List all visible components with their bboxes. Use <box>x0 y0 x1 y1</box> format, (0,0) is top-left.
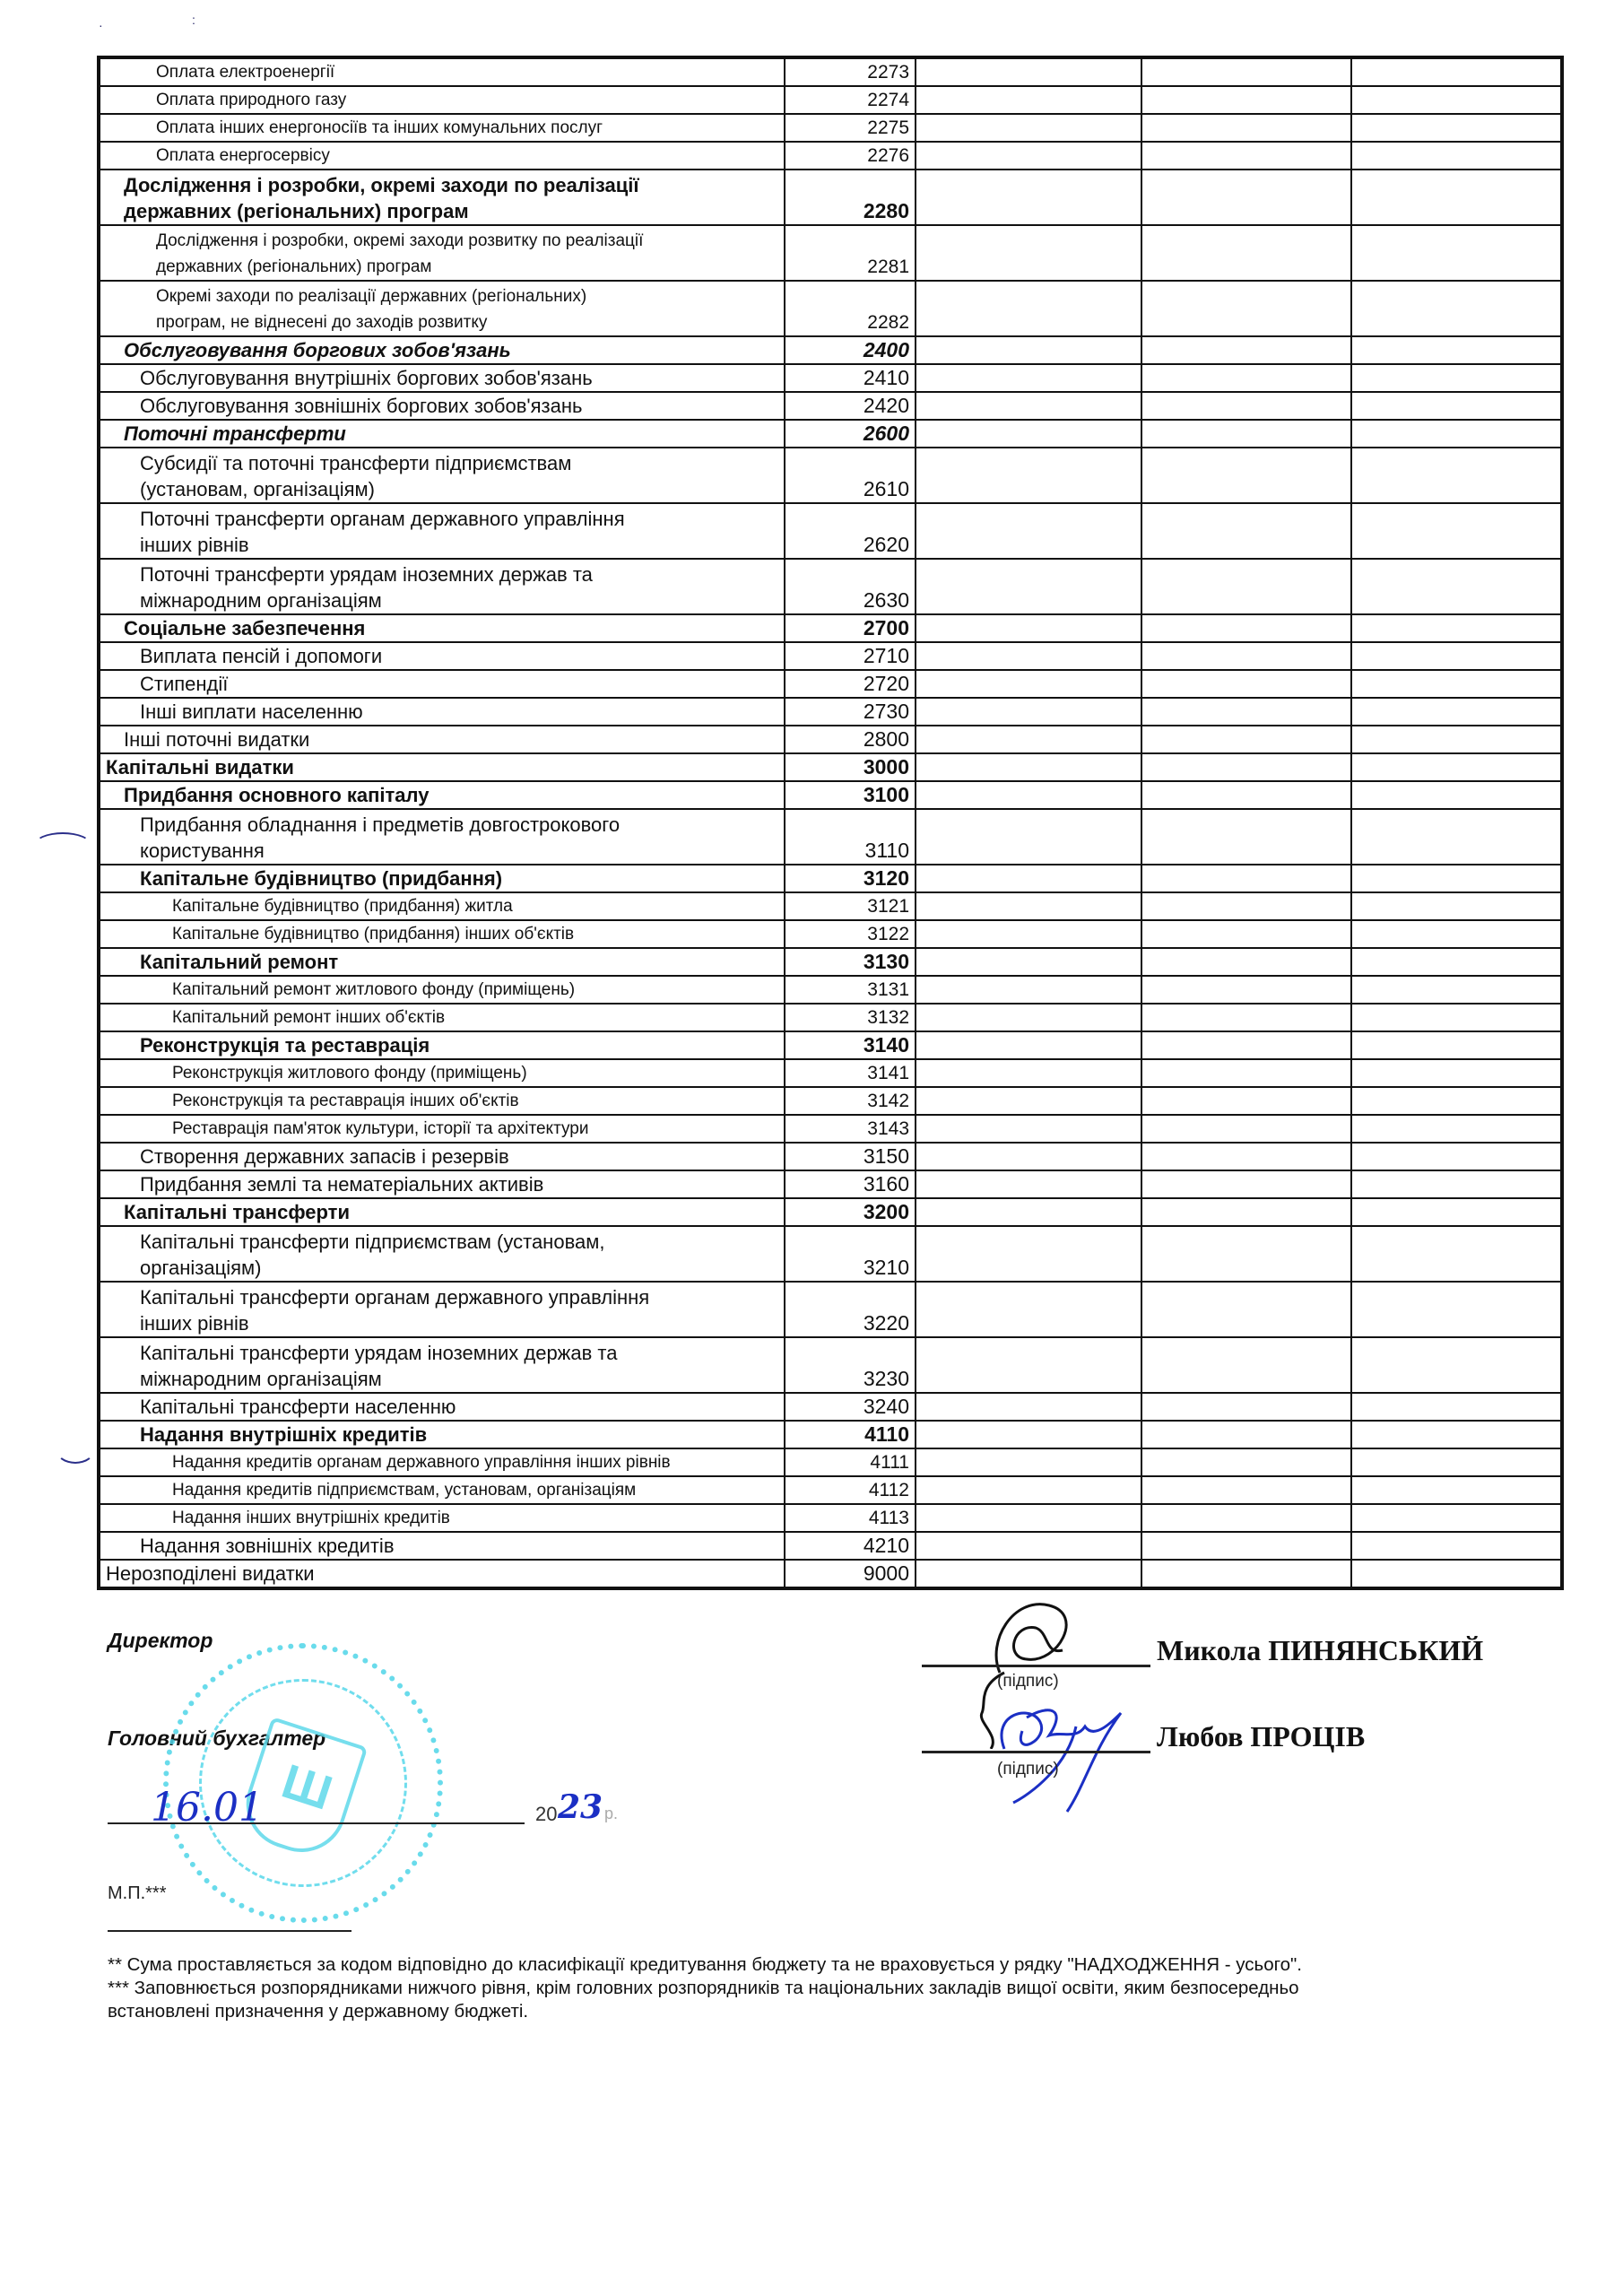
table-row: Капітальні видатки3000 <box>99 753 1562 781</box>
row-label: Капітальні трансферти підприємствам (уст… <box>99 1226 785 1282</box>
amount-cell <box>1141 976 1351 1004</box>
amount-cell <box>916 448 1141 503</box>
table-row: Капітальне будівництво (придбання) житла… <box>99 892 1562 920</box>
table-row: Стипендії2720 <box>99 670 1562 698</box>
amount-cell <box>916 1560 1141 1588</box>
amount-cell <box>1351 559 1562 614</box>
amount-cell <box>1141 753 1351 781</box>
row-code: 4113 <box>785 1504 916 1532</box>
table-row: Обслуговування зовнішніх боргових зобов'… <box>99 392 1562 420</box>
table-row: Субсидії та поточні трансферти підприємс… <box>99 448 1562 503</box>
row-code: 3131 <box>785 976 916 1004</box>
table-row: Обслуговування внутрішніх боргових зобов… <box>99 364 1562 392</box>
row-code: 3110 <box>785 809 916 865</box>
amount-cell <box>916 892 1141 920</box>
amount-cell <box>916 948 1141 976</box>
table-row: Дослідження і розробки, окремі заходи ро… <box>99 225 1562 281</box>
amount-cell <box>1351 726 1562 753</box>
amount-cell <box>916 114 1141 142</box>
row-label-line: Капітальні видатки <box>106 754 780 780</box>
row-code: 3200 <box>785 1198 916 1226</box>
amount-cell <box>1351 57 1562 86</box>
amount-cell <box>1351 1226 1562 1282</box>
row-label: Оплата інших енергоносіїв та інших комун… <box>99 114 785 142</box>
amount-cell <box>1141 1476 1351 1504</box>
amount-cell <box>1141 1004 1351 1031</box>
row-code: 3141 <box>785 1059 916 1087</box>
amount-cell <box>916 1393 1141 1421</box>
row-label: Реконструкція та реставрація інших об'єк… <box>99 1087 785 1115</box>
amount-cell <box>1351 1143 1562 1170</box>
row-label: Капітальні трансферти населенню <box>99 1393 785 1421</box>
amount-cell <box>1141 726 1351 753</box>
row-label-line: Реставрація пам'яток культури, історії т… <box>172 1116 780 1142</box>
amount-cell <box>916 1004 1141 1031</box>
row-code: 2700 <box>785 614 916 642</box>
amount-cell <box>1351 225 1562 281</box>
amount-cell <box>1351 86 1562 114</box>
row-label-line: Придбання обладнання і предметів довгост… <box>140 812 780 838</box>
amount-cell <box>1351 920 1562 948</box>
amount-cell <box>916 1337 1141 1393</box>
row-label-line: користування <box>140 838 780 864</box>
amount-cell <box>1351 142 1562 170</box>
row-label: Оплата енергосервісу <box>99 142 785 170</box>
scan-speck: : <box>192 13 195 27</box>
amount-cell <box>1351 948 1562 976</box>
amount-cell <box>1351 865 1562 892</box>
row-label-line: Поточні трансферти урядам іноземних держ… <box>140 561 780 587</box>
row-label: Капітальне будівництво (придбання) житла <box>99 892 785 920</box>
table-row: Поточні трансферти органам державного уп… <box>99 503 1562 559</box>
row-code: 3220 <box>785 1282 916 1337</box>
amount-cell <box>916 1115 1141 1143</box>
amount-cell <box>1351 1282 1562 1337</box>
amount-cell <box>916 1087 1141 1115</box>
amount-cell <box>1141 1059 1351 1087</box>
row-label-line: Створення державних запасів і резервів <box>140 1144 780 1170</box>
stamp-place-label: М.П.*** <box>108 1883 167 1904</box>
director-label: Директор <box>108 1629 213 1653</box>
row-label-line: державних (регіональних) програм <box>124 198 780 224</box>
row-label-line: Поточні трансферти <box>124 421 780 447</box>
amount-cell <box>916 1421 1141 1448</box>
row-label: Придбання основного капіталу <box>99 781 785 809</box>
amount-cell <box>1351 642 1562 670</box>
row-code: 2410 <box>785 364 916 392</box>
amount-cell <box>1141 948 1351 976</box>
footnote-2: *** Заповнюється розпорядниками нижчого … <box>108 1977 1299 2000</box>
row-label-line: Надання кредитів органам державного упра… <box>172 1449 780 1475</box>
row-code: 3122 <box>785 920 916 948</box>
amount-cell <box>1141 1504 1351 1532</box>
amount-cell <box>916 809 1141 865</box>
row-label-line: Надання внутрішніх кредитів <box>140 1422 780 1448</box>
amount-cell <box>1141 1421 1351 1448</box>
amount-cell <box>1351 114 1562 142</box>
amount-cell <box>1141 503 1351 559</box>
table-row: Поточні трансферти2600 <box>99 420 1562 448</box>
row-label-line: інших рівнів <box>140 532 780 558</box>
amount-cell <box>1141 281 1351 336</box>
row-label-line: Реконструкція житлового фонду (приміщень… <box>172 1060 780 1086</box>
amount-cell <box>916 1532 1141 1560</box>
row-label-line: Капітальний ремонт <box>140 949 780 975</box>
amount-cell <box>1141 420 1351 448</box>
amount-cell <box>1351 1198 1562 1226</box>
row-code: 3121 <box>785 892 916 920</box>
row-code: 3240 <box>785 1393 916 1421</box>
row-label-line: Субсидії та поточні трансферти підприємс… <box>140 450 780 476</box>
amount-cell <box>1351 281 1562 336</box>
year-prefix: 20 <box>535 1803 557 1826</box>
row-label: Нерозподілені видатки <box>99 1560 785 1588</box>
row-label: Придбання землі та нематеріальних активі… <box>99 1170 785 1198</box>
row-code: 2275 <box>785 114 916 142</box>
row-label: Надання інших внутрішніх кредитів <box>99 1504 785 1532</box>
row-label: Капітальні трансферти <box>99 1198 785 1226</box>
row-label-line: Нерозподілені видатки <box>106 1561 780 1587</box>
amount-cell <box>1141 642 1351 670</box>
amount-cell <box>1141 364 1351 392</box>
row-label: Виплата пенсій і допомоги <box>99 642 785 670</box>
table-row: Надання зовнішніх кредитів4210 <box>99 1532 1562 1560</box>
amount-cell <box>916 336 1141 364</box>
amount-cell <box>1351 170 1562 225</box>
row-label-line: Капітальне будівництво (придбання) <box>140 865 780 891</box>
amount-cell <box>916 1282 1141 1337</box>
row-code: 2710 <box>785 642 916 670</box>
director-signature-line <box>922 1665 1150 1667</box>
row-label-line: Інші поточні видатки <box>124 726 780 752</box>
official-stamp: Ш <box>163 1643 443 1923</box>
row-code: 2600 <box>785 420 916 448</box>
amount-cell <box>1351 503 1562 559</box>
table-row: Окремі заходи по реалізації державних (р… <box>99 281 1562 336</box>
amount-cell <box>1351 1421 1562 1448</box>
amount-cell <box>1141 1560 1351 1588</box>
amount-cell <box>1141 1337 1351 1393</box>
amount-cell <box>1141 392 1351 420</box>
amount-cell <box>916 86 1141 114</box>
row-label-line: Надання інших внутрішніх кредитів <box>172 1505 780 1531</box>
amount-cell <box>1351 809 1562 865</box>
row-code: 2282 <box>785 281 916 336</box>
amount-cell <box>1141 225 1351 281</box>
amount-cell <box>916 726 1141 753</box>
amount-cell <box>1141 1143 1351 1170</box>
row-label: Дослідження і розробки, окремі заходи ро… <box>99 225 785 281</box>
amount-cell <box>916 1031 1141 1059</box>
amount-cell <box>1351 781 1562 809</box>
table-row: Капітальний ремонт інших об'єктів3132 <box>99 1004 1562 1031</box>
amount-cell <box>1141 809 1351 865</box>
amount-cell <box>1351 1059 1562 1087</box>
row-label: Субсидії та поточні трансферти підприємс… <box>99 448 785 503</box>
row-label: Капітальний ремонт інших об'єктів <box>99 1004 785 1031</box>
amount-cell <box>1351 1504 1562 1532</box>
table-row: Створення державних запасів і резервів31… <box>99 1143 1562 1170</box>
row-label-line: Капітальні трансферти урядам іноземних д… <box>140 1340 780 1366</box>
row-code: 2610 <box>785 448 916 503</box>
accountant-name: Любов ПРОЦІВ <box>1157 1720 1365 1753</box>
year-suffix: р. <box>604 1805 618 1823</box>
row-code: 3143 <box>785 1115 916 1143</box>
amount-cell <box>916 865 1141 892</box>
row-label: Обслуговування зовнішніх боргових зобов'… <box>99 392 785 420</box>
row-label: Реставрація пам'яток культури, історії т… <box>99 1115 785 1143</box>
amount-cell <box>1141 448 1351 503</box>
amount-cell <box>916 1143 1141 1170</box>
row-code: 3130 <box>785 948 916 976</box>
row-label: Капітальний ремонт <box>99 948 785 976</box>
table-row: Капітальні трансферти органам державного… <box>99 1282 1562 1337</box>
amount-cell <box>1141 1226 1351 1282</box>
budget-expenditure-table: Оплата електроенергії2273Оплата природно… <box>97 56 1564 1590</box>
amount-cell <box>1141 1031 1351 1059</box>
row-label: Дослідження і розробки, окремі заходи по… <box>99 170 785 225</box>
amount-cell <box>1141 336 1351 364</box>
table-row: Оплата енергосервісу2276 <box>99 142 1562 170</box>
accountant-signature-icon <box>977 1686 1166 1821</box>
amount-cell <box>1351 420 1562 448</box>
amount-cell <box>916 753 1141 781</box>
row-code: 4112 <box>785 1476 916 1504</box>
row-code: 2273 <box>785 57 916 86</box>
scan-speck: · <box>99 18 103 32</box>
table-row: Капітальні трансферти3200 <box>99 1198 1562 1226</box>
amount-cell <box>916 1059 1141 1087</box>
amount-cell <box>916 1226 1141 1282</box>
amount-cell <box>1141 670 1351 698</box>
amount-cell <box>1351 1448 1562 1476</box>
row-label: Поточні трансферти <box>99 420 785 448</box>
row-label-line: Капітальні трансферти населенню <box>140 1394 780 1420</box>
row-label: Створення державних запасів і резервів <box>99 1143 785 1170</box>
amount-cell <box>916 364 1141 392</box>
row-label-line: Капітальне будівництво (придбання) інших… <box>172 921 780 947</box>
row-label-line: Дослідження і розробки, окремі заходи по… <box>124 172 780 198</box>
row-label-line: Поточні трансферти органам державного уп… <box>140 506 780 532</box>
row-label: Капітальне будівництво (придбання) інших… <box>99 920 785 948</box>
row-code: 3100 <box>785 781 916 809</box>
amount-cell <box>916 281 1141 336</box>
row-label: Надання кредитів органам державного упра… <box>99 1448 785 1476</box>
row-label-line: Капітальне будівництво (придбання) житла <box>172 893 780 919</box>
table-row: Придбання обладнання і предметів довгост… <box>99 809 1562 865</box>
row-label-line: Реконструкція та реставрація інших об'єк… <box>172 1088 780 1114</box>
row-label-line: Обслуговування зовнішніх боргових зобов'… <box>140 393 780 419</box>
accountant-signature-line <box>922 1751 1150 1753</box>
amount-cell <box>1351 1560 1562 1588</box>
amount-cell <box>1141 86 1351 114</box>
row-label: Надання внутрішніх кредитів <box>99 1421 785 1448</box>
row-label: Оплата електроенергії <box>99 57 785 86</box>
row-label-line: Оплата електроенергії <box>156 59 780 85</box>
amount-cell <box>1141 1115 1351 1143</box>
row-label-line: Капітальний ремонт житлового фонду (прим… <box>172 977 780 1003</box>
row-label: Капітальні трансферти органам державного… <box>99 1282 785 1337</box>
amount-cell <box>1351 1004 1562 1031</box>
row-label-line: Виплата пенсій і допомоги <box>140 643 780 669</box>
table-row: Придбання землі та нематеріальних активі… <box>99 1170 1562 1198</box>
row-label-line: Надання кредитів підприємствам, установа… <box>172 1477 780 1503</box>
margin-pen-mark <box>56 1435 95 1464</box>
row-label: Капітальне будівництво (придбання) <box>99 865 785 892</box>
row-code: 2730 <box>785 698 916 726</box>
amount-cell <box>1351 614 1562 642</box>
table-row: Надання внутрішніх кредитів4110 <box>99 1421 1562 1448</box>
table-row: Придбання основного капіталу3100 <box>99 781 1562 809</box>
amount-cell <box>1141 1448 1351 1476</box>
row-label: Надання зовнішніх кредитів <box>99 1532 785 1560</box>
row-label: Поточні трансферти урядам іноземних держ… <box>99 559 785 614</box>
row-code: 2400 <box>785 336 916 364</box>
table-row: Оплата природного газу2274 <box>99 86 1562 114</box>
amount-cell <box>1351 976 1562 1004</box>
row-label: Реконструкція та реставрація <box>99 1031 785 1059</box>
row-code: 3120 <box>785 865 916 892</box>
table-row: Поточні трансферти урядам іноземних держ… <box>99 559 1562 614</box>
row-label: Інші виплати населенню <box>99 698 785 726</box>
director-name: Микола ПИНЯНСЬКИЙ <box>1157 1634 1483 1667</box>
amount-cell <box>1141 1087 1351 1115</box>
amount-cell <box>1141 142 1351 170</box>
amount-cell <box>916 920 1141 948</box>
amount-cell <box>1351 392 1562 420</box>
table-row: Капітальні трансферти урядам іноземних д… <box>99 1337 1562 1393</box>
amount-cell <box>1351 892 1562 920</box>
row-label-line: Обслуговування боргових зобов'язань <box>124 337 780 363</box>
amount-cell <box>916 225 1141 281</box>
amount-cell <box>916 142 1141 170</box>
amount-cell <box>1351 1087 1562 1115</box>
row-label: Надання кредитів підприємствам, установа… <box>99 1476 785 1504</box>
row-label-line: міжнародним організаціям <box>140 1366 780 1392</box>
row-code: 4210 <box>785 1532 916 1560</box>
row-code: 2620 <box>785 503 916 559</box>
row-code: 4111 <box>785 1448 916 1476</box>
amount-cell <box>916 642 1141 670</box>
amount-cell <box>1141 1198 1351 1226</box>
table-row: Оплата електроенергії2273 <box>99 57 1562 86</box>
amount-cell <box>916 392 1141 420</box>
row-label: Придбання обладнання і предметів довгост… <box>99 809 785 865</box>
amount-cell <box>1351 1337 1562 1393</box>
row-label-line: Соціальне забезпечення <box>124 615 780 641</box>
footnote-3: встановлені призначення у державному бюд… <box>108 2000 528 2023</box>
amount-cell <box>1351 1532 1562 1560</box>
amount-cell <box>1351 364 1562 392</box>
table-row: Реконструкція житлового фонду (приміщень… <box>99 1059 1562 1087</box>
amount-cell <box>1351 1476 1562 1504</box>
row-label-line: Оплата інших енергоносіїв та інших комун… <box>156 115 780 141</box>
table-row: Дослідження і розробки, окремі заходи по… <box>99 170 1562 225</box>
amount-cell <box>1141 920 1351 948</box>
amount-cell <box>1141 170 1351 225</box>
table-row: Капітальний ремонт житлового фонду (прим… <box>99 976 1562 1004</box>
margin-pen-mark <box>34 832 91 857</box>
amount-cell <box>1351 1170 1562 1198</box>
table-row: Надання кредитів підприємствам, установа… <box>99 1476 1562 1504</box>
amount-cell <box>1141 1170 1351 1198</box>
table-row: Надання кредитів органам державного упра… <box>99 1448 1562 1476</box>
amount-cell <box>1141 57 1351 86</box>
amount-cell <box>1351 698 1562 726</box>
row-code: 4110 <box>785 1421 916 1448</box>
amount-cell <box>1351 448 1562 503</box>
table-row: Соціальне забезпечення2700 <box>99 614 1562 642</box>
row-label: Соціальне забезпечення <box>99 614 785 642</box>
table-row: Реставрація пам'яток культури, історії т… <box>99 1115 1562 1143</box>
row-code: 3132 <box>785 1004 916 1031</box>
table-row: Інші поточні видатки2800 <box>99 726 1562 753</box>
row-code: 3160 <box>785 1170 916 1198</box>
row-label: Капітальні трансферти урядам іноземних д… <box>99 1337 785 1393</box>
amount-cell <box>1351 670 1562 698</box>
row-code: 2281 <box>785 225 916 281</box>
amount-cell <box>1141 114 1351 142</box>
row-label-line: Надання зовнішніх кредитів <box>140 1533 780 1559</box>
amount-cell <box>916 1504 1141 1532</box>
row-label-line: Оплата енергосервісу <box>156 143 780 169</box>
table-row: Капітальне будівництво (придбання)3120 <box>99 865 1562 892</box>
row-label-line: Дослідження і розробки, окремі заходи ро… <box>156 228 780 254</box>
row-code: 2274 <box>785 86 916 114</box>
amount-cell <box>1351 753 1562 781</box>
row-code: 9000 <box>785 1560 916 1588</box>
row-label-line: Окремі заходи по реалізації державних (р… <box>156 283 780 309</box>
accountant-signature-caption: (підпис) <box>997 1760 1059 1779</box>
row-code: 2800 <box>785 726 916 753</box>
row-code: 2720 <box>785 670 916 698</box>
table-row: Капітальне будівництво (придбання) інших… <box>99 920 1562 948</box>
row-label: Поточні трансферти органам державного уп… <box>99 503 785 559</box>
row-label: Окремі заходи по реалізації державних (р… <box>99 281 785 336</box>
table-row: Інші виплати населенню2730 <box>99 698 1562 726</box>
amount-cell <box>916 614 1141 642</box>
amount-cell <box>1351 336 1562 364</box>
row-label-line: Придбання землі та нематеріальних активі… <box>140 1171 780 1197</box>
row-code: 3000 <box>785 753 916 781</box>
amount-cell <box>1141 781 1351 809</box>
row-code: 2420 <box>785 392 916 420</box>
amount-cell <box>916 170 1141 225</box>
table-row: Виплата пенсій і допомоги2710 <box>99 642 1562 670</box>
row-label: Обслуговування внутрішніх боргових зобов… <box>99 364 785 392</box>
table-row: Обслуговування боргових зобов'язань2400 <box>99 336 1562 364</box>
amount-cell <box>1141 865 1351 892</box>
footnote-1: ** Сума проставляється за кодом відповід… <box>108 1953 1302 1977</box>
amount-cell <box>916 1198 1141 1226</box>
table-row: Капітальні трансферти населенню3240 <box>99 1393 1562 1421</box>
stamp-place-line <box>108 1930 352 1932</box>
row-label-line: Капітальні трансферти <box>124 1199 780 1225</box>
row-label: Стипендії <box>99 670 785 698</box>
row-label-line: Капітальні трансферти підприємствам (уст… <box>140 1229 780 1255</box>
row-code: 2280 <box>785 170 916 225</box>
row-label-line: міжнародним організаціям <box>140 587 780 613</box>
row-label-line: Стипендії <box>140 671 780 697</box>
amount-cell <box>916 976 1141 1004</box>
table-row: Реконструкція та реставрація інших об'єк… <box>99 1087 1562 1115</box>
amount-cell <box>1141 698 1351 726</box>
row-label: Капітальні видатки <box>99 753 785 781</box>
row-label: Капітальний ремонт житлового фонду (прим… <box>99 976 785 1004</box>
row-code: 3142 <box>785 1087 916 1115</box>
row-code: 3150 <box>785 1143 916 1170</box>
row-label: Оплата природного газу <box>99 86 785 114</box>
